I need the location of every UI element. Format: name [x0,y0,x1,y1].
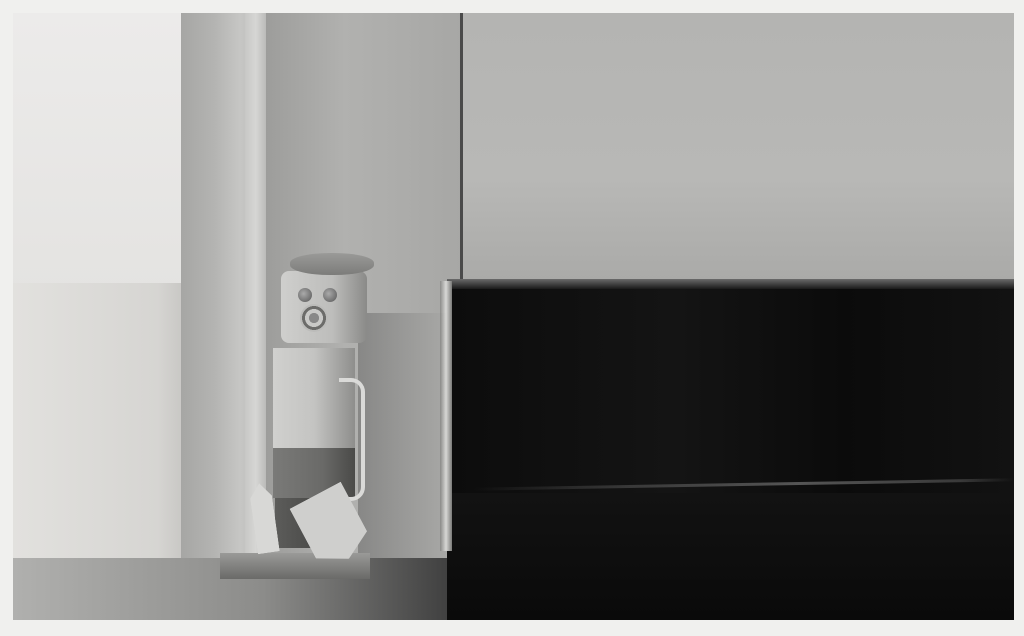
baseboard [447,283,1014,493]
baseboard-top-edge [447,279,1014,289]
figurine-handle [339,378,365,501]
left-wall-lower [13,283,183,573]
wall-seam [460,13,463,283]
figurine-right-eye [323,288,337,302]
figurine-mouth [300,304,328,332]
floor-shadow [447,493,1014,620]
figurine-head [281,271,367,343]
photograph [13,13,1014,620]
figurine-left-eye [298,288,312,302]
figurine-lid [290,253,374,275]
figurine-shadow [358,313,448,558]
right-wall [462,13,1014,288]
